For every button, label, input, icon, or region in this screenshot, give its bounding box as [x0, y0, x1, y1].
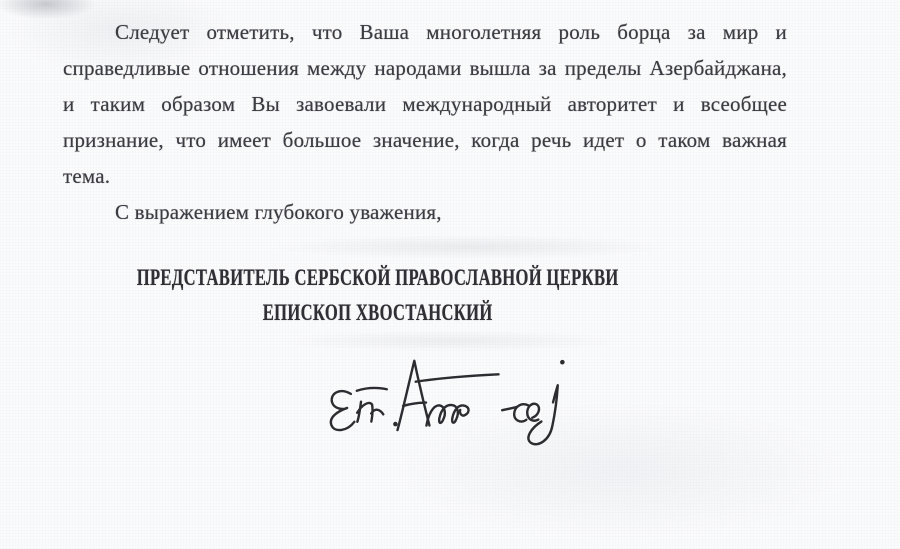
signature-stroke-macron: [357, 388, 387, 391]
signatory-title-line-1: ПРЕДСТАВИТЕЛЬ СЕРБСКОЙ ПРАВОСЛАВНОЙ ЦЕРК…: [16, 260, 740, 295]
signature-period-dot: [393, 422, 398, 427]
closing-salutation: С выражением глубокого уважения,: [63, 194, 787, 230]
scanned-letter-page: Следует отметить, что Ваша многолетняя р…: [0, 0, 900, 549]
signature-stroke-p: [357, 401, 383, 421]
paragraph-line-5: тема.: [63, 158, 787, 194]
signatory-title-block: ПРЕДСТАВИТЕЛЬ СЕРБСКОЙ ПРАВОСЛАВНОЙ ЦЕРК…: [16, 260, 740, 330]
signature-stroke-A: [396, 361, 429, 431]
signatory-title-line-2: ЕПИСКОП ХВОСТАНСКИЙ: [16, 295, 740, 330]
paragraph-line-1: Следует отметить, что Ваша многолетняя р…: [63, 14, 787, 50]
signatory-title-line-2-text: ЕПИСКОП ХВОСТАНСКИЙ: [263, 295, 493, 330]
signature-stroke-j: [528, 385, 559, 444]
signature-stroke-top-flourish: [416, 374, 499, 381]
paragraph-line-2: справедливые отношения между народами вы…: [63, 50, 787, 86]
signatory-title-line-1-text: ПРЕДСТАВИТЕЛЬ СЕРБСКОЙ ПРАВОСЛАВНОЙ ЦЕРК…: [137, 260, 619, 295]
paragraph-line-3: и таким образом Вы завоевали международн…: [63, 86, 787, 122]
signature-stroke-arches: [426, 405, 469, 426]
signature-stroke-e: [527, 404, 539, 421]
signature-j-dot: [560, 360, 565, 365]
signature-stroke-E: [330, 391, 354, 430]
handwritten-signature: Еп. Алексеј: [325, 346, 591, 455]
paragraph-line-4: признание, что имеет большое значение, к…: [63, 122, 787, 158]
letter-body: Следует отметить, что Ваша многолетняя р…: [63, 14, 787, 230]
